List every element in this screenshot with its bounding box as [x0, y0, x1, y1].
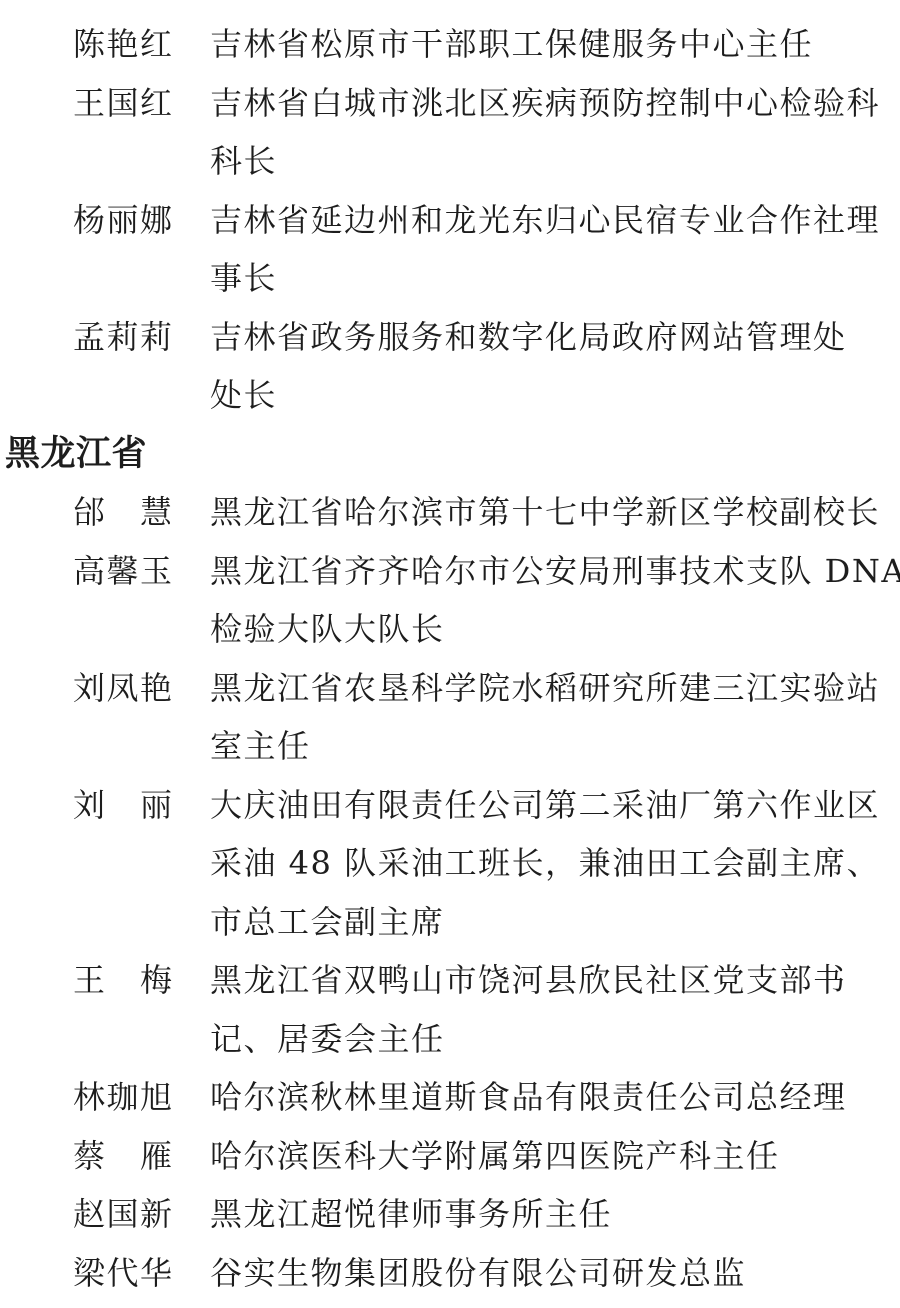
- laureate-name: 孟莉莉: [73, 308, 172, 367]
- laureate-name: 王 梅: [73, 951, 172, 1010]
- laureate-entry: 梁代华 谷实生物集团股份有限公司研发总监: [0, 1244, 900, 1303]
- laureate-title: 哈尔滨医科大学附属第四医院产科主任: [210, 1127, 780, 1186]
- laureate-title: 黑龙江省双鸭山市饶河县欣民社区党支部书 记、居委会主任: [210, 951, 847, 1068]
- laureate-title: 哈尔滨秋林里道斯食品有限责任公司总经理: [210, 1068, 847, 1127]
- laureate-entry: 杨丽娜 吉林省延边州和龙光东归心民宿专业合作社理 事长: [0, 191, 900, 308]
- laureate-name: 高馨玉: [73, 542, 172, 601]
- laureate-name: 刘 丽: [73, 776, 172, 835]
- laureate-entry: 赵国新 黑龙江超悦律师事务所主任: [0, 1185, 900, 1244]
- laureate-title: 谷实生物集团股份有限公司研发总监: [210, 1244, 746, 1303]
- laureate-name: 邰 慧: [73, 483, 172, 542]
- laureate-entry: 孟莉莉 吉林省政务服务和数字化局政府网站管理处 处长: [0, 308, 900, 425]
- title-line: 黑龙江省齐齐哈尔市公安局刑事技术支队 DNA: [210, 542, 900, 601]
- title-line: 处长: [210, 366, 847, 425]
- laureate-title: 吉林省延边州和龙光东归心民宿专业合作社理 事长: [210, 191, 880, 308]
- laureate-title: 吉林省政务服务和数字化局政府网站管理处 处长: [210, 308, 847, 425]
- laureate-title: 黑龙江省齐齐哈尔市公安局刑事技术支队 DNA 检验大队大队长: [210, 542, 900, 659]
- title-line: 吉林省松原市干部职工保健服务中心主任: [210, 15, 813, 74]
- laureate-entry: 刘凤艳 黑龙江省农垦科学院水稻研究所建三江实验站 室主任: [0, 659, 900, 776]
- laureate-name: 陈艳红: [73, 15, 172, 74]
- laureate-name: 刘凤艳: [73, 659, 172, 718]
- title-line: 吉林省延边州和龙光东归心民宿专业合作社理: [210, 191, 880, 250]
- laureate-title: 黑龙江省哈尔滨市第十七中学新区学校副校长: [210, 483, 880, 542]
- title-line: 黑龙江省双鸭山市饶河县欣民社区党支部书: [210, 951, 847, 1010]
- laureate-name: 杨丽娜: [73, 191, 172, 250]
- document-page: 陈艳红 吉林省松原市干部职工保健服务中心主任 王国红 吉林省白城市洮北区疾病预防…: [0, 0, 900, 1308]
- title-line: 室主任: [210, 717, 880, 776]
- title-line: 黑龙江超悦律师事务所主任: [210, 1185, 612, 1244]
- title-line: 吉林省政务服务和数字化局政府网站管理处: [210, 308, 847, 367]
- title-line: 事长: [210, 249, 880, 308]
- title-line: 检验大队大队长: [210, 600, 900, 659]
- province-section-header: 黑龙江省: [5, 425, 900, 484]
- title-line: 吉林省白城市洮北区疾病预防控制中心检验科: [210, 74, 880, 133]
- laureate-entry: 刘 丽 大庆油田有限责任公司第二采油厂第六作业区 采油 48 队采油工班长，兼油…: [0, 776, 900, 952]
- laureate-entry: 陈艳红 吉林省松原市干部职工保健服务中心主任: [0, 15, 900, 74]
- laureate-entry: 林珈旭 哈尔滨秋林里道斯食品有限责任公司总经理: [0, 1068, 900, 1127]
- laureate-entry: 蔡 雁 哈尔滨医科大学附属第四医院产科主任: [0, 1127, 900, 1186]
- laureate-entry: 王 梅 黑龙江省双鸭山市饶河县欣民社区党支部书 记、居委会主任: [0, 951, 900, 1068]
- title-line: 市总工会副主席: [210, 893, 880, 952]
- laureate-title: 大庆油田有限责任公司第二采油厂第六作业区 采油 48 队采油工班长，兼油田工会副…: [210, 776, 880, 952]
- title-line: 科长: [210, 132, 880, 191]
- title-line: 记、居委会主任: [210, 1010, 847, 1069]
- laureate-title: 黑龙江省农垦科学院水稻研究所建三江实验站 室主任: [210, 659, 880, 776]
- laureate-name: 蔡 雁: [73, 1127, 172, 1186]
- title-line: 黑龙江省农垦科学院水稻研究所建三江实验站: [210, 659, 880, 718]
- laureate-title: 吉林省白城市洮北区疾病预防控制中心检验科 科长: [210, 74, 880, 191]
- title-line: 谷实生物集团股份有限公司研发总监: [210, 1244, 746, 1303]
- laureate-entry: 高馨玉 黑龙江省齐齐哈尔市公安局刑事技术支队 DNA 检验大队大队长: [0, 542, 900, 659]
- laureate-name: 王国红: [73, 74, 172, 133]
- laureate-entry: 王国红 吉林省白城市洮北区疾病预防控制中心检验科 科长: [0, 74, 900, 191]
- title-line: 黑龙江省哈尔滨市第十七中学新区学校副校长: [210, 483, 880, 542]
- laureate-title: 吉林省松原市干部职工保健服务中心主任: [210, 15, 813, 74]
- laureate-name: 赵国新: [73, 1185, 172, 1244]
- laureate-entry: 邰 慧 黑龙江省哈尔滨市第十七中学新区学校副校长: [0, 483, 900, 542]
- laureate-name: 梁代华: [73, 1244, 172, 1303]
- title-line: 采油 48 队采油工班长，兼油田工会副主席、: [210, 834, 880, 893]
- laureate-name: 林珈旭: [73, 1068, 172, 1127]
- title-line: 哈尔滨医科大学附属第四医院产科主任: [210, 1127, 780, 1186]
- title-line: 哈尔滨秋林里道斯食品有限责任公司总经理: [210, 1068, 847, 1127]
- title-line: 大庆油田有限责任公司第二采油厂第六作业区: [210, 776, 880, 835]
- laureate-title: 黑龙江超悦律师事务所主任: [210, 1185, 612, 1244]
